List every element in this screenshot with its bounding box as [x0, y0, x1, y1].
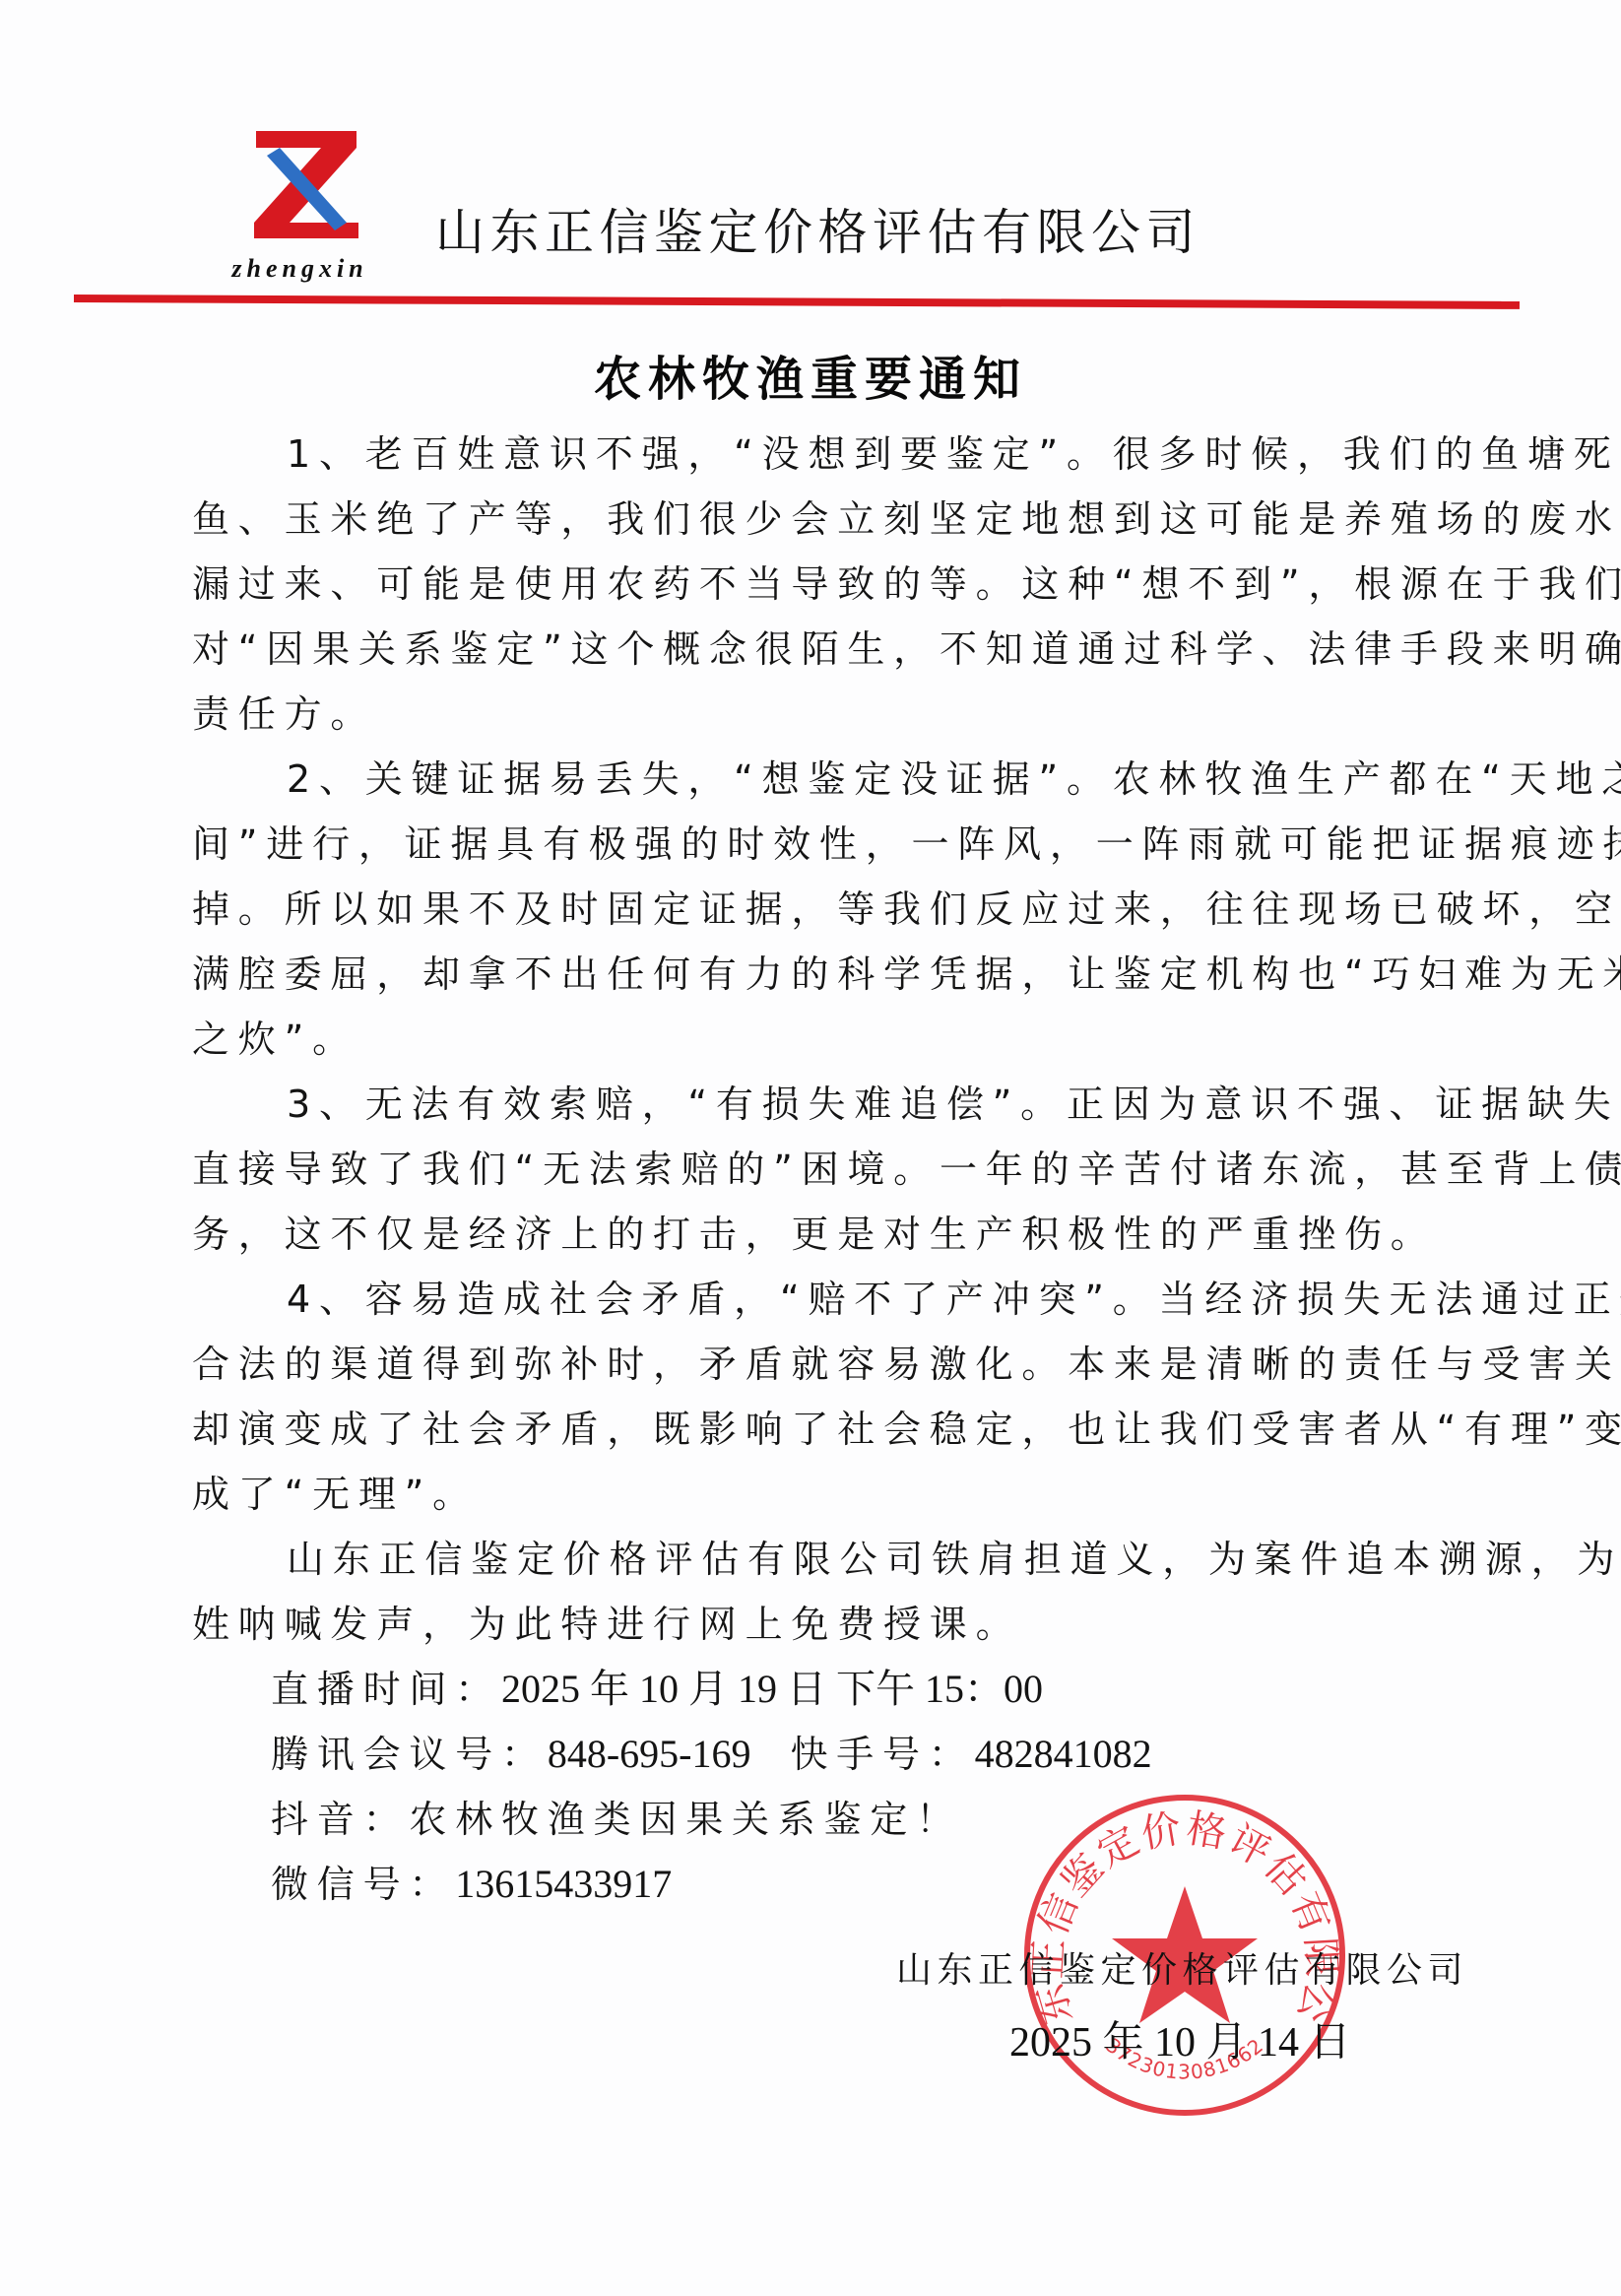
paragraph-closing: 山东正信鉴定价格评估有限公司铁肩担道义，为案件追本溯源，为百 姓呐喊发声，为此特… — [192, 1540, 1433, 1670]
paragraph-2: 2、关键证据易丢失，“想鉴定没证据”。农林牧渔生产都在“天地之 间”进行，证据具… — [192, 759, 1433, 1084]
z-logo-icon — [219, 126, 381, 249]
text-line: 却演变成了社会矛盾，既影响了社会稳定，也让我们受害者从“有理”变 — [192, 1410, 1433, 1475]
document-title: 农林牧渔重要通知 — [0, 341, 1621, 409]
letterhead-company-name: 山东正信鉴定价格评估有限公司 — [435, 193, 1200, 264]
text-line: 间”进行，证据具有极强的时效性，一阵风，一阵雨就可能把证据痕迹抹 — [192, 824, 1433, 889]
logo-wordmark: zhengxin — [219, 254, 381, 284]
meeting-row: 腾讯会议号：848-695-169快手号：482841082 — [192, 1735, 1433, 1800]
tencent-meeting-label: 腾讯会议号： — [271, 1733, 548, 1776]
live-time-label: 直播时间： — [271, 1668, 501, 1711]
text-line: 鱼、玉米绝了产等，我们很少会立刻坚定地想到这可能是养殖场的废水渗 — [192, 499, 1433, 564]
paragraph-3: 3、无法有效索赔，“有损失难追偿”。正因为意识不强、证据缺失， 直接导致了我们“… — [192, 1084, 1433, 1279]
letterhead-divider — [74, 295, 1520, 309]
text-line: 3、无法有效索赔，“有损失难追偿”。正因为意识不强、证据缺失， — [192, 1084, 1433, 1149]
text-line: 1、老百姓意识不强，“没想到要鉴定”。很多时候，我们的鱼塘死了 — [192, 434, 1433, 499]
paragraph-1: 1、老百姓意识不强，“没想到要鉴定”。很多时候，我们的鱼塘死了 鱼、玉米绝了产等… — [192, 434, 1433, 759]
text-line: 2、关键证据易丢失，“想鉴定没证据”。农林牧渔生产都在“天地之 — [192, 759, 1433, 824]
text-line: 直接导致了我们“无法索赔的”困境。一年的辛苦付诸东流，甚至背上债 — [192, 1149, 1433, 1214]
signature-date: 2025 年 10 月 14 日 — [1009, 2009, 1351, 2068]
text-line: 满腔委屈，却拿不出任何有力的科学凭据，让鉴定机构也“巧妇难为无米 — [192, 954, 1433, 1019]
document-body: 1、老百姓意识不强，“没想到要鉴定”。很多时候，我们的鱼塘死了 鱼、玉米绝了产等… — [192, 434, 1433, 1930]
kuaishou-id: 482841082 — [975, 1732, 1152, 1776]
text-line: 成了“无理”。 — [192, 1475, 1433, 1540]
paragraph-4: 4、容易造成社会矛盾，“赔不了产冲突”。当经济损失无法通过正规、 合法的渠道得到… — [192, 1279, 1433, 1540]
text-line: 山东正信鉴定价格评估有限公司铁肩担道义，为案件追本溯源，为百 — [192, 1540, 1433, 1605]
tencent-meeting-id: 848-695-169 — [548, 1732, 751, 1776]
text-line: 责任方。 — [192, 694, 1433, 759]
text-line: 务，这不仅是经济上的打击，更是对生产积极性的严重挫伤。 — [192, 1214, 1433, 1279]
douyin-label: 抖音： — [271, 1798, 409, 1841]
text-line: 合法的渠道得到弥补时，矛盾就容易激化。本来是清晰的责任与受害关系， — [192, 1345, 1433, 1410]
text-line: 漏过来、可能是使用农药不当导致的等。这种“想不到”，根源在于我们 — [192, 564, 1433, 629]
signature-company: 山东正信鉴定价格评估有限公司 — [896, 1942, 1468, 1993]
text-line: 之炊”。 — [192, 1019, 1433, 1084]
live-time-row: 直播时间：2025 年 10 月 19 日 下午 15：00 — [192, 1670, 1433, 1735]
wechat-label: 微信号： — [271, 1863, 455, 1906]
live-time-value: 2025 年 10 月 19 日 下午 15：00 — [501, 1667, 1043, 1711]
kuaishou-label: 快手号： — [790, 1733, 974, 1776]
text-line: 对“因果关系鉴定”这个概念很陌生，不知道通过科学、法律手段来明确 — [192, 629, 1433, 694]
document-page: zhengxin 山东正信鉴定价格评估有限公司 农林牧渔重要通知 1、老百姓意识… — [0, 0, 1621, 2296]
text-line: 掉。所以如果不及时固定证据，等我们反应过来，往往现场已破坏，空有 — [192, 889, 1433, 954]
text-line: 姓呐喊发声，为此特进行网上免费授课。 — [192, 1605, 1433, 1670]
wechat-id: 13615433917 — [455, 1862, 672, 1906]
douyin-account: 农林牧渔类因果关系鉴定！ — [409, 1798, 962, 1841]
text-line: 4、容易造成社会矛盾，“赔不了产冲突”。当经济损失无法通过正规、 — [192, 1279, 1433, 1345]
